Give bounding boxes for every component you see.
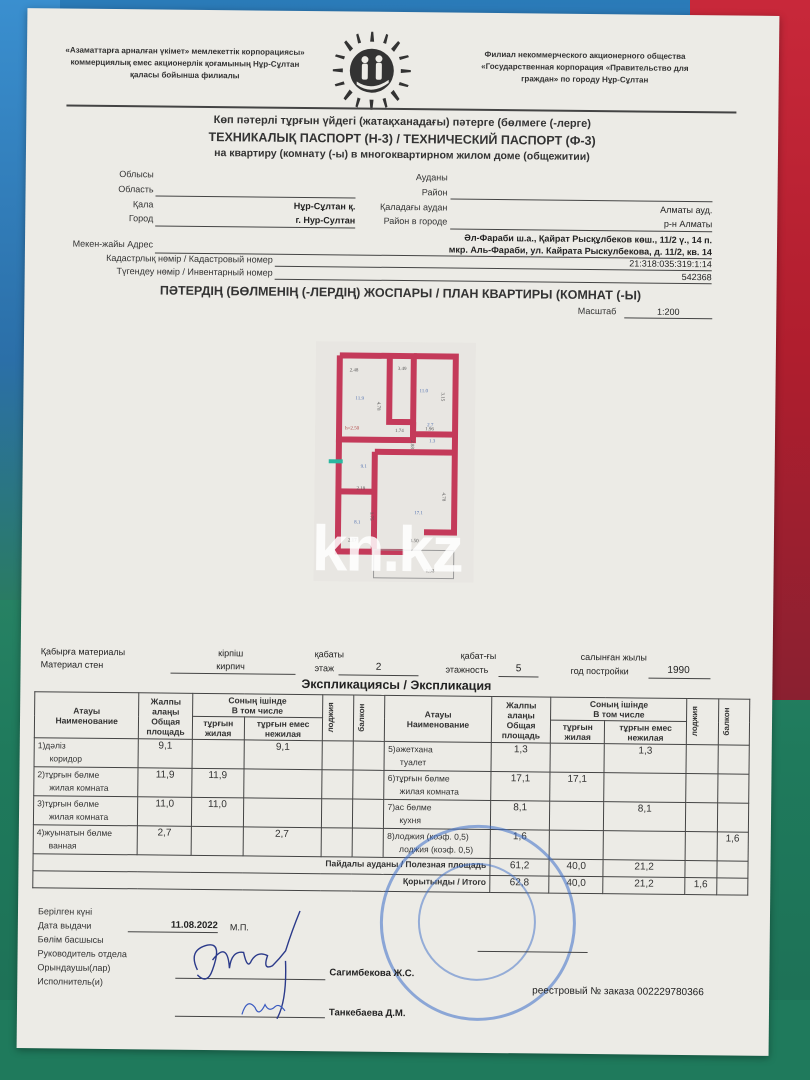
room-area-label: 2.7 xyxy=(427,423,434,428)
useful-loggia xyxy=(685,861,717,878)
dim-label: 2.19 xyxy=(356,487,365,492)
scale-value: 1:200 xyxy=(624,306,712,317)
useful-balcony xyxy=(716,861,748,878)
room-total: 8,1 xyxy=(490,800,550,830)
city-district-label-kz: Қаладағы аудан xyxy=(355,202,447,213)
oblast-label-kz: Облысы xyxy=(86,169,154,180)
room-balcony xyxy=(353,770,385,799)
explication-table: АтауыНаименование ЖалпыалаңыОбщаяплощадь… xyxy=(32,691,750,895)
dim-label: 1.74 xyxy=(395,429,404,434)
room-balcony xyxy=(718,745,750,774)
room-loggia xyxy=(321,770,353,799)
oblast-field-line xyxy=(156,195,356,198)
col-total-header-2: ЖалпыалаңыОбщаяплощадь xyxy=(491,696,551,743)
room-living xyxy=(191,826,243,856)
room-living xyxy=(192,739,244,769)
room-nonliving xyxy=(603,831,685,861)
room-area-label: 11.9 xyxy=(355,397,364,402)
floors-label-kz: қабат-ғы xyxy=(461,651,497,661)
floors-line xyxy=(498,676,538,677)
dim-label: 4.78 xyxy=(440,492,445,501)
room-living xyxy=(550,801,604,831)
header-org-kz: «Азаматтарға арналған үкімет» мемлекетті… xyxy=(55,44,315,83)
scale-label: Масштаб xyxy=(524,305,616,316)
col-incl-header-2: Соның ішіндеВ том числе xyxy=(551,697,687,721)
room-loggia xyxy=(686,774,718,803)
room-nonliving xyxy=(243,769,321,799)
room-loggia xyxy=(322,741,354,770)
wall-material-label-kz: Қабырға материалы xyxy=(41,646,126,657)
col-name-header: АтауыНаименование xyxy=(34,692,139,739)
room-area-label: 1.3 xyxy=(429,439,436,444)
inventory-value: 542368 xyxy=(525,270,712,282)
order-label: реестровый № заказа xyxy=(532,985,634,997)
cadastral-value: 21:318:035:319:1:14 xyxy=(525,257,712,269)
col-living-header-2: тұрғынжилая xyxy=(551,720,605,744)
room-living: 11,9 xyxy=(192,768,244,798)
oblast-label-ru: Область xyxy=(86,184,154,195)
order-value: 002229780366 xyxy=(637,987,704,999)
inventory-label: Түгендеу нөмір / Инвентарный номер xyxy=(45,265,273,277)
rayon-label-ru: Район xyxy=(386,187,448,198)
room-balcony xyxy=(352,828,384,857)
floors-label-ru: этажность xyxy=(446,665,489,675)
grand-nonliving: 21,2 xyxy=(603,877,685,895)
executor-label-kz: Орындаушы(лар) xyxy=(37,962,110,973)
col-nonliving-header-2: тұрғын емеснежилая xyxy=(604,721,686,745)
room-loggia xyxy=(321,799,353,828)
grand-loggia: 1,6 xyxy=(685,878,717,895)
city-label-ru: Город xyxy=(85,213,153,224)
room-balcony xyxy=(717,774,749,803)
city-value-kz: Нұр-Сұлтан қ. xyxy=(205,200,355,212)
col-incl-header: Соның ішіндеВ том числе xyxy=(193,693,323,717)
room-loggia xyxy=(686,803,718,832)
wall-material-value-ru: кирпич xyxy=(171,661,291,672)
year-line xyxy=(648,678,710,680)
ceiling-height-label: h=2.50 xyxy=(345,426,360,431)
room-nonliving: 1,3 xyxy=(604,744,686,774)
cadastral-label: Кадастрлық нөмір / Кадастровый номер xyxy=(45,252,273,264)
room-nonliving: 8,1 xyxy=(604,802,686,832)
col-loggia-header-2: лоджия xyxy=(686,699,718,745)
year-label-kz: салынған жылы xyxy=(581,652,647,663)
room-living xyxy=(550,743,604,773)
header-org-ru: Филиал некоммерческого акционерного обще… xyxy=(455,49,715,88)
city-label-kz: Қала xyxy=(85,199,153,210)
head-label-kz: Бөлім басшысы xyxy=(38,934,104,945)
room-name: 2)тұрғын бөлмежилая комната xyxy=(34,767,139,797)
dim-label: 2.48 xyxy=(350,368,359,373)
floor-label-kz: қабаты xyxy=(315,649,344,659)
dim-label: 3.49 xyxy=(398,367,407,372)
year-label-ru: год постройки xyxy=(571,666,629,677)
room-name: 1)дәлізкоридор xyxy=(34,738,139,768)
col-living-header: тұрғынжилая xyxy=(192,716,244,740)
order-number: реестровый № заказа 002229780366 xyxy=(532,985,704,998)
room-living: 17,1 xyxy=(550,772,604,802)
wall-material-value-kz: кірпіш xyxy=(171,648,291,659)
room-name: 3)тұрғын бөлмежилая комната xyxy=(33,796,138,826)
col-name-header-2: АтауыНаименование xyxy=(385,695,492,742)
dim-label: 4.78 xyxy=(375,402,380,411)
grand-balcony xyxy=(716,878,748,895)
city-district-label-ru: Район в городе xyxy=(355,216,447,227)
col-nonliving-header: тұрғын емеснежилая xyxy=(244,717,322,741)
room-total: 11,0 xyxy=(138,797,192,827)
floors-value: 5 xyxy=(499,663,539,674)
executor-label-ru: Исполнитель(и) xyxy=(37,976,103,987)
dim-label: 2.88 xyxy=(409,440,414,449)
room-living xyxy=(550,830,604,860)
rayon-label-kz: Ауданы xyxy=(386,172,448,183)
issue-date-label-ru: Дата выдачи xyxy=(38,920,92,931)
col-loggia-header: лоджия xyxy=(322,695,354,741)
wall-material-line xyxy=(171,673,296,675)
room-name: 6)тұрғын бөлмежилая комната xyxy=(384,770,491,800)
scale-field-line xyxy=(624,317,712,319)
floor-label-ru: этаж xyxy=(315,663,335,673)
city-district-value-ru: р-н Алматы xyxy=(545,218,712,230)
stamp-inner-ring xyxy=(417,862,536,981)
room-loggia xyxy=(685,832,717,861)
sun-family-emblem-icon xyxy=(326,25,417,116)
room-total: 9,1 xyxy=(138,739,192,769)
room-total: 11,9 xyxy=(138,768,192,798)
useful-nonliving: 21,2 xyxy=(603,860,685,878)
plan-title: ПӘТЕРДІҢ (БӨЛМЕНІҢ (-ЛЕРДІҢ) ЖОСПАРЫ / П… xyxy=(24,282,776,304)
issue-date-label-kz: Берілген күні xyxy=(38,906,92,917)
city-value-ru: г. Нур-Султан xyxy=(205,214,355,226)
dim-label: 3.15 xyxy=(439,392,444,401)
room-total: 17,1 xyxy=(490,771,550,801)
room-balcony xyxy=(353,741,385,770)
room-total: 1,3 xyxy=(491,742,551,772)
col-balcony-header-2: балкон xyxy=(718,699,750,745)
room-living: 11,0 xyxy=(191,797,243,827)
col-balcony-header: балкон xyxy=(353,695,385,741)
year-value: 1990 xyxy=(649,665,709,677)
city-field-line xyxy=(155,225,355,228)
room-nonliving xyxy=(604,773,686,803)
room-loggia xyxy=(321,828,353,857)
wall-material-label-ru: Материал стен xyxy=(41,659,104,670)
technical-passport-document: «Азаматтарға арналған үкімет» мемлекетті… xyxy=(17,8,780,1056)
room-loggia xyxy=(686,745,718,774)
floor-line xyxy=(338,674,418,676)
room-name: 4)жуынатын бөлмеванная xyxy=(33,825,138,855)
watermark: kn.kz xyxy=(311,511,462,587)
room-total: 2,7 xyxy=(137,826,191,856)
room-area-label: 9.1 xyxy=(361,465,368,470)
room-nonliving: 9,1 xyxy=(244,740,322,770)
table-header-row: АтауыНаименование ЖалпыалаңыОбщаяплощадь… xyxy=(35,692,750,722)
rayon-field-line xyxy=(450,199,712,203)
room-nonliving: 2,7 xyxy=(243,827,321,857)
room-area-label: 11.0 xyxy=(419,389,428,394)
room-balcony xyxy=(352,799,384,828)
room-name: 5)әжетханатуалет xyxy=(384,741,491,771)
room-nonliving xyxy=(243,798,321,828)
executor-signature xyxy=(237,992,297,1023)
col-total-header: ЖалпыалаңыОбщаяплощадь xyxy=(139,693,193,740)
head-label-ru: Руководитель отдела xyxy=(38,948,127,959)
city-district-value-kz: Алматы ауд. xyxy=(545,204,712,216)
room-balcony: 1,6 xyxy=(717,832,749,861)
floor-value: 2 xyxy=(339,661,419,673)
room-balcony xyxy=(717,803,749,832)
city-district-field-line xyxy=(450,229,712,233)
address-label: Мекен-жайы Адрес xyxy=(45,238,153,249)
